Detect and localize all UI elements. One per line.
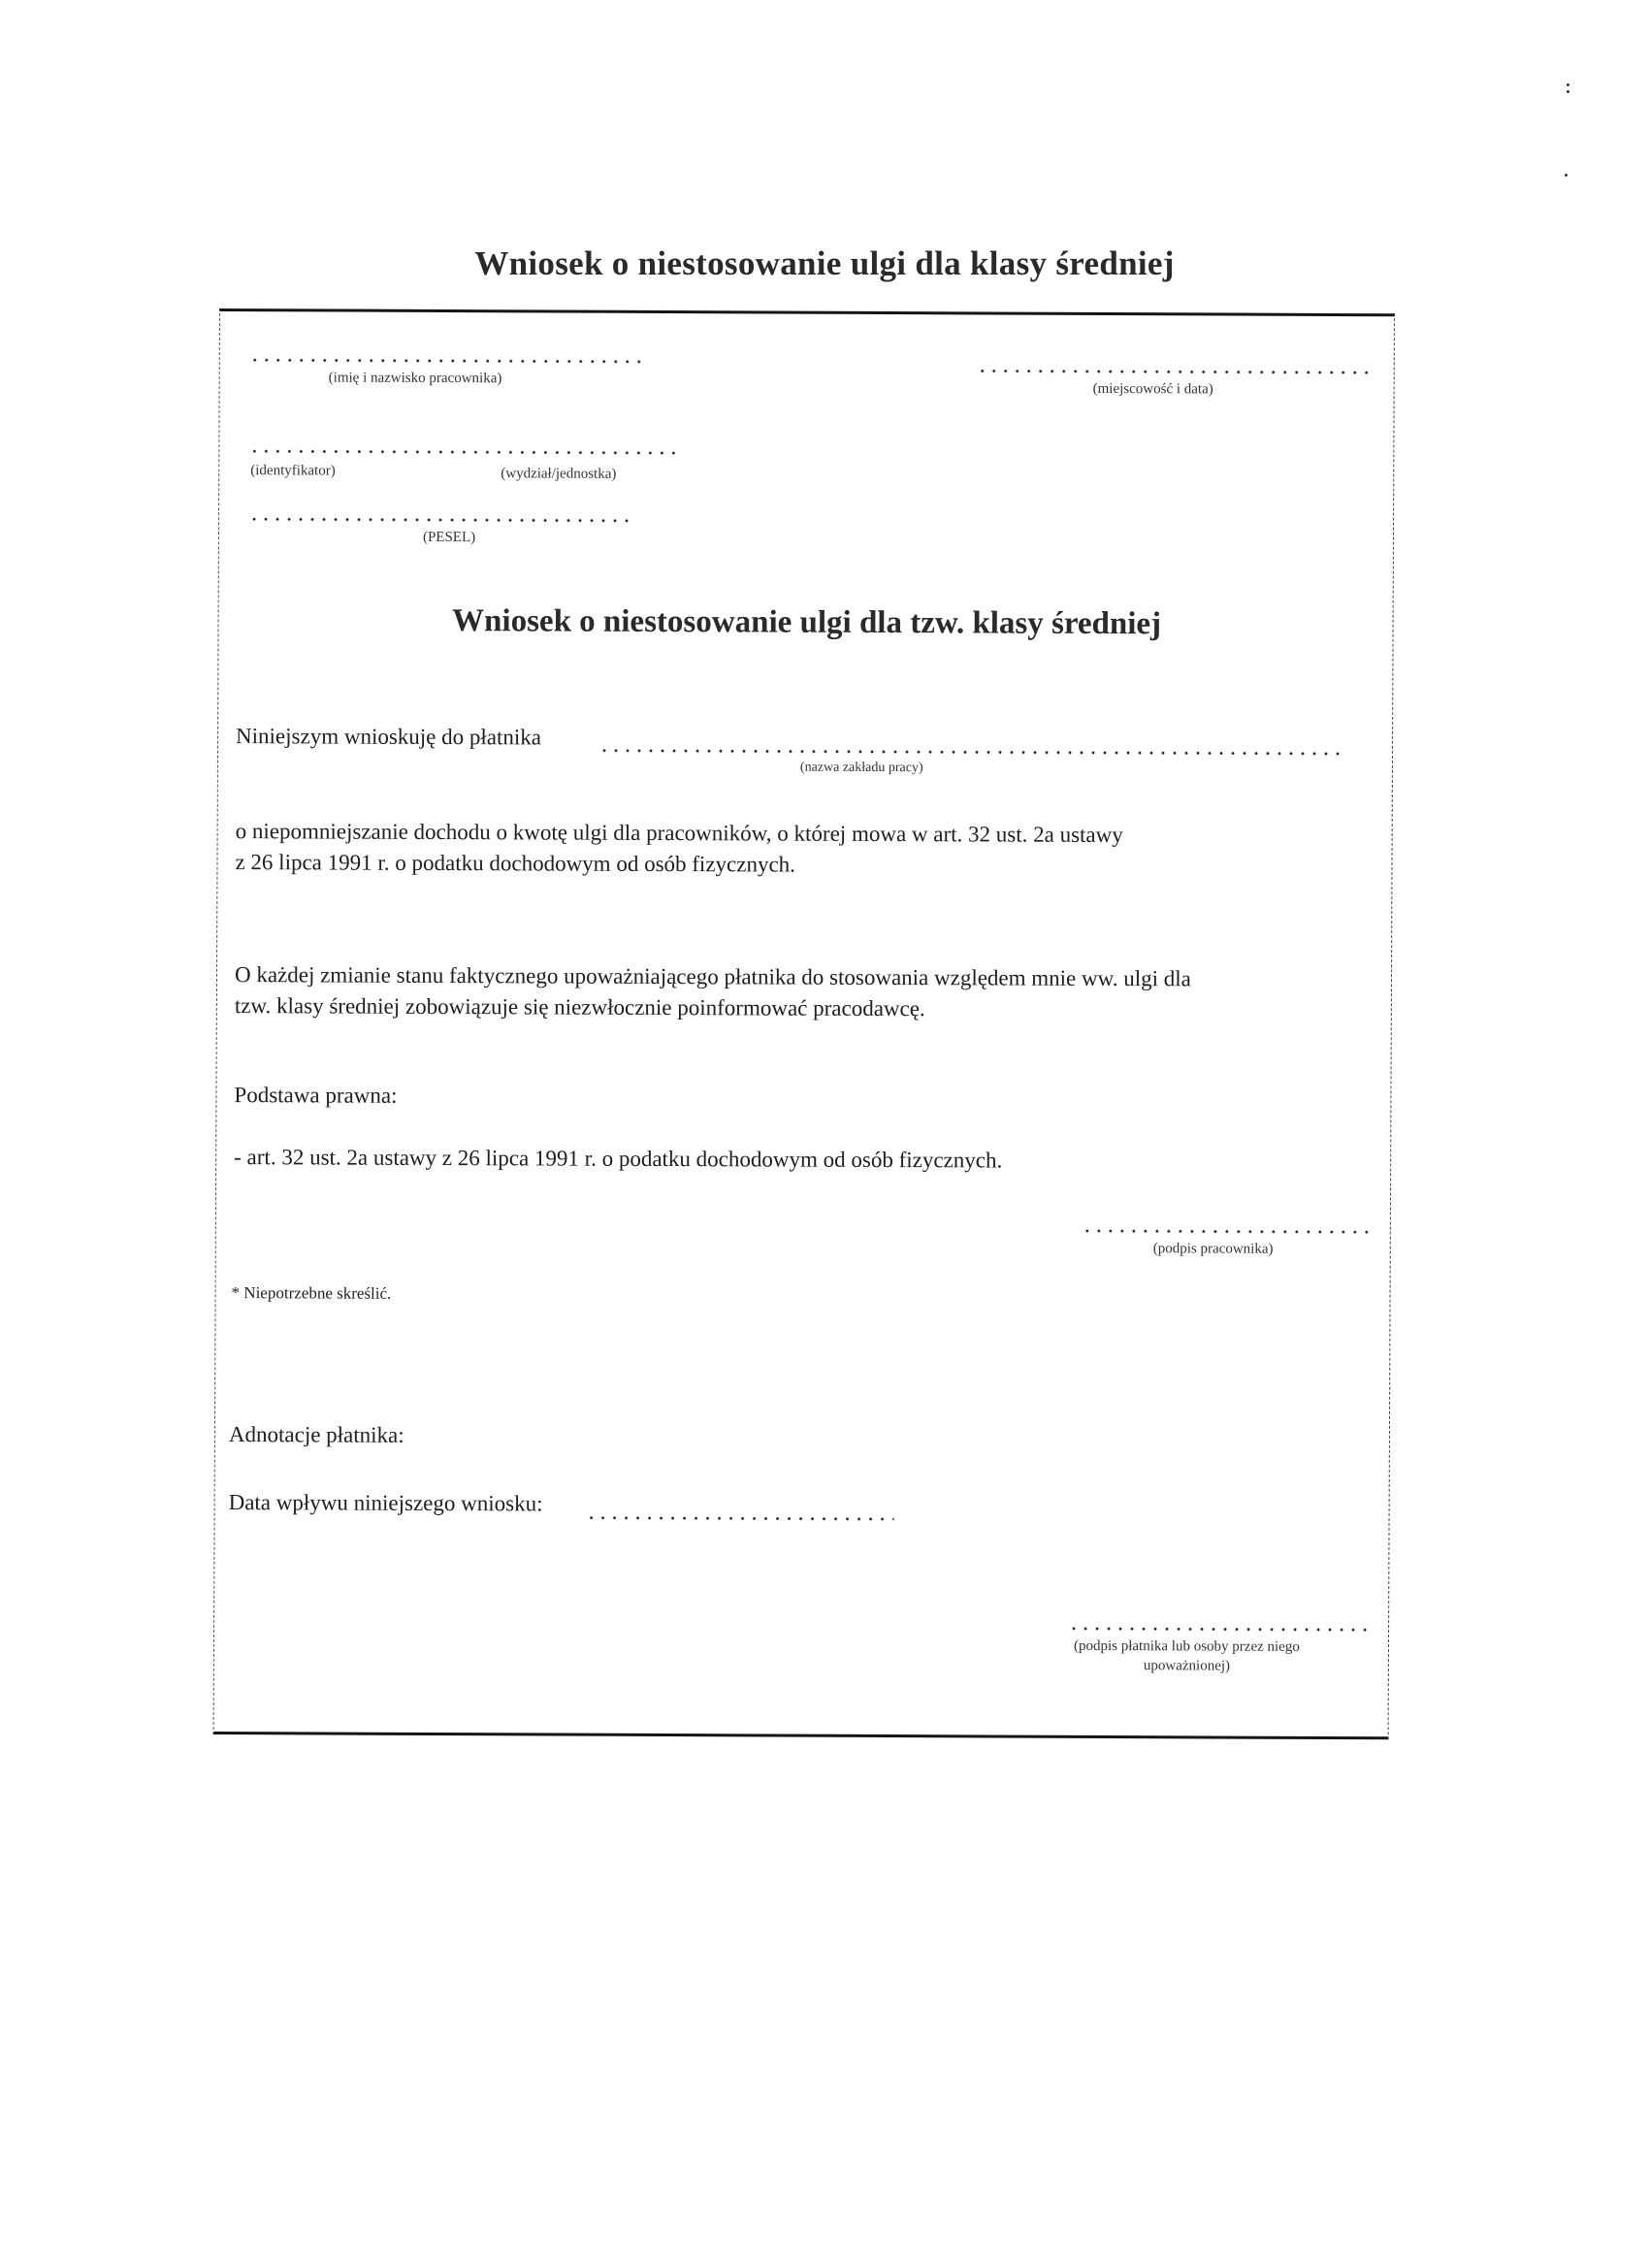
receipt-date-label: Data wpływu niniejszego wniosku: bbox=[229, 1487, 543, 1519]
payer-signature-line[interactable] bbox=[1068, 1627, 1369, 1632]
request-statement: Niniejszym wnioskuję do płatnika bbox=[236, 721, 541, 753]
paragraph-request-body-line-1: o niepomniejszanie dochodu o kwotę ulgi … bbox=[236, 816, 1376, 852]
name-field-caption: (imię i nazwisko pracownika) bbox=[329, 370, 502, 387]
footnote: * Niepotrzebne skreślić. bbox=[232, 1283, 392, 1304]
paragraph-obligation-line-1: O każdej zmianie stanu faktycznego upowa… bbox=[235, 959, 1191, 994]
employee-signature-caption: (podpis pracownika) bbox=[1153, 1241, 1274, 1258]
payer-annotations-heading: Adnotacje płatnika: bbox=[229, 1419, 404, 1451]
scan-speck bbox=[1567, 83, 1569, 86]
department-caption: (wydział/jednostka) bbox=[501, 466, 616, 483]
scan-speck bbox=[1567, 90, 1569, 93]
paragraph-request-body-line-2: z 26 lipca 1991 r. o podatku dochodowym … bbox=[235, 847, 795, 881]
employer-name-field-line[interactable] bbox=[598, 749, 1345, 756]
name-field-line[interactable] bbox=[249, 358, 647, 364]
pesel-caption: (PESEL) bbox=[423, 530, 475, 546]
identifier-caption: (identyfikator) bbox=[250, 463, 336, 479]
form-title: Wniosek o niestosowanie ulgi dla tzw. kl… bbox=[219, 602, 1395, 643]
employee-signature-line[interactable] bbox=[1082, 1229, 1373, 1234]
place-date-field-line[interactable] bbox=[977, 369, 1374, 374]
payer-signature-caption-line-2: upoważnionej) bbox=[1144, 1658, 1230, 1674]
form-frame: (imię i nazwisko pracownika) (miejscowoś… bbox=[213, 308, 1395, 1739]
employer-name-caption: (nazwa zakładu pracy) bbox=[800, 761, 923, 777]
scan-speck bbox=[1565, 174, 1568, 177]
payer-signature-caption-line-1: (podpis płatnika lub osoby przez niego bbox=[1074, 1638, 1300, 1656]
legal-basis-item: - art. 32 ust. 2a ustawy z 26 lipca 1991… bbox=[234, 1142, 1002, 1176]
legal-basis-heading: Podstawa prawna: bbox=[234, 1080, 397, 1112]
paragraph-obligation-line-2: tzw. klasy średniej zobowiązuje się niez… bbox=[235, 990, 925, 1024]
place-date-caption: (miejscowość i data) bbox=[1093, 381, 1213, 399]
identifier-department-field-line[interactable] bbox=[248, 449, 675, 455]
receipt-date-field-line[interactable] bbox=[586, 1516, 894, 1521]
document-title: Wniosek o niestosowanie ulgi dla klasy ś… bbox=[0, 244, 1649, 283]
pesel-field-line[interactable] bbox=[248, 517, 636, 523]
